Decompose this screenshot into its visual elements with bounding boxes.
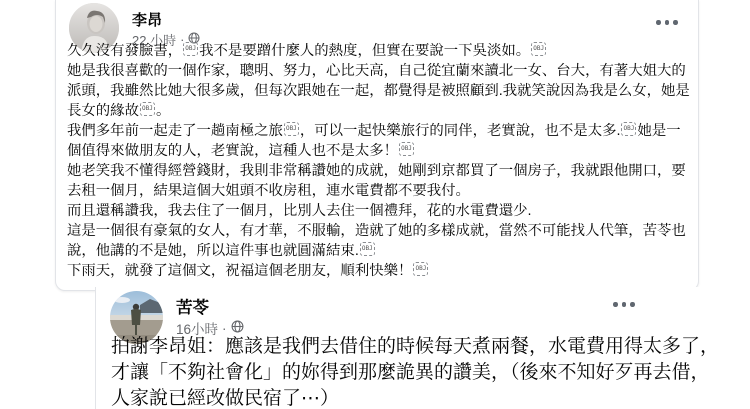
post-card-liang: 李昂 22 小時 · 久久沒有發臉書，OBJ我不是要蹭什麼人的熱度，但實在要說一…: [55, 0, 699, 291]
obj-placeholder-icon: OBJ: [360, 242, 375, 256]
obj-placeholder-icon: OBJ: [399, 142, 414, 156]
obj-placeholder-icon: OBJ: [183, 42, 198, 56]
obj-placeholder-icon: OBJ: [284, 122, 299, 136]
more-options-button[interactable]: [652, 16, 682, 29]
obj-placeholder-icon: OBJ: [531, 42, 546, 56]
obj-placeholder-icon: OBJ: [140, 102, 155, 116]
author-name[interactable]: 李昂: [132, 9, 162, 30]
post-text: 拍謝李昂姐：應該是我們去借住的時候每天煮兩餐，水電費用得太多了，才讓「不夠社會化…: [111, 334, 723, 409]
post-card-kuling: 苦苓 16小時 · 拍謝李昂姐：應該是我們去借住的時候每天煮兩餐，水電費用得太多…: [95, 287, 750, 409]
post-text: 久久沒有發臉書，OBJ我不是要蹭什麼人的熱度，但實在要說一下吳淡如。OBJ她是我…: [67, 41, 690, 281]
author-name[interactable]: 苦苓: [176, 294, 209, 318]
more-options-button[interactable]: [609, 298, 639, 311]
obj-placeholder-icon: OBJ: [413, 262, 428, 276]
obj-placeholder-icon: OBJ: [621, 122, 636, 136]
